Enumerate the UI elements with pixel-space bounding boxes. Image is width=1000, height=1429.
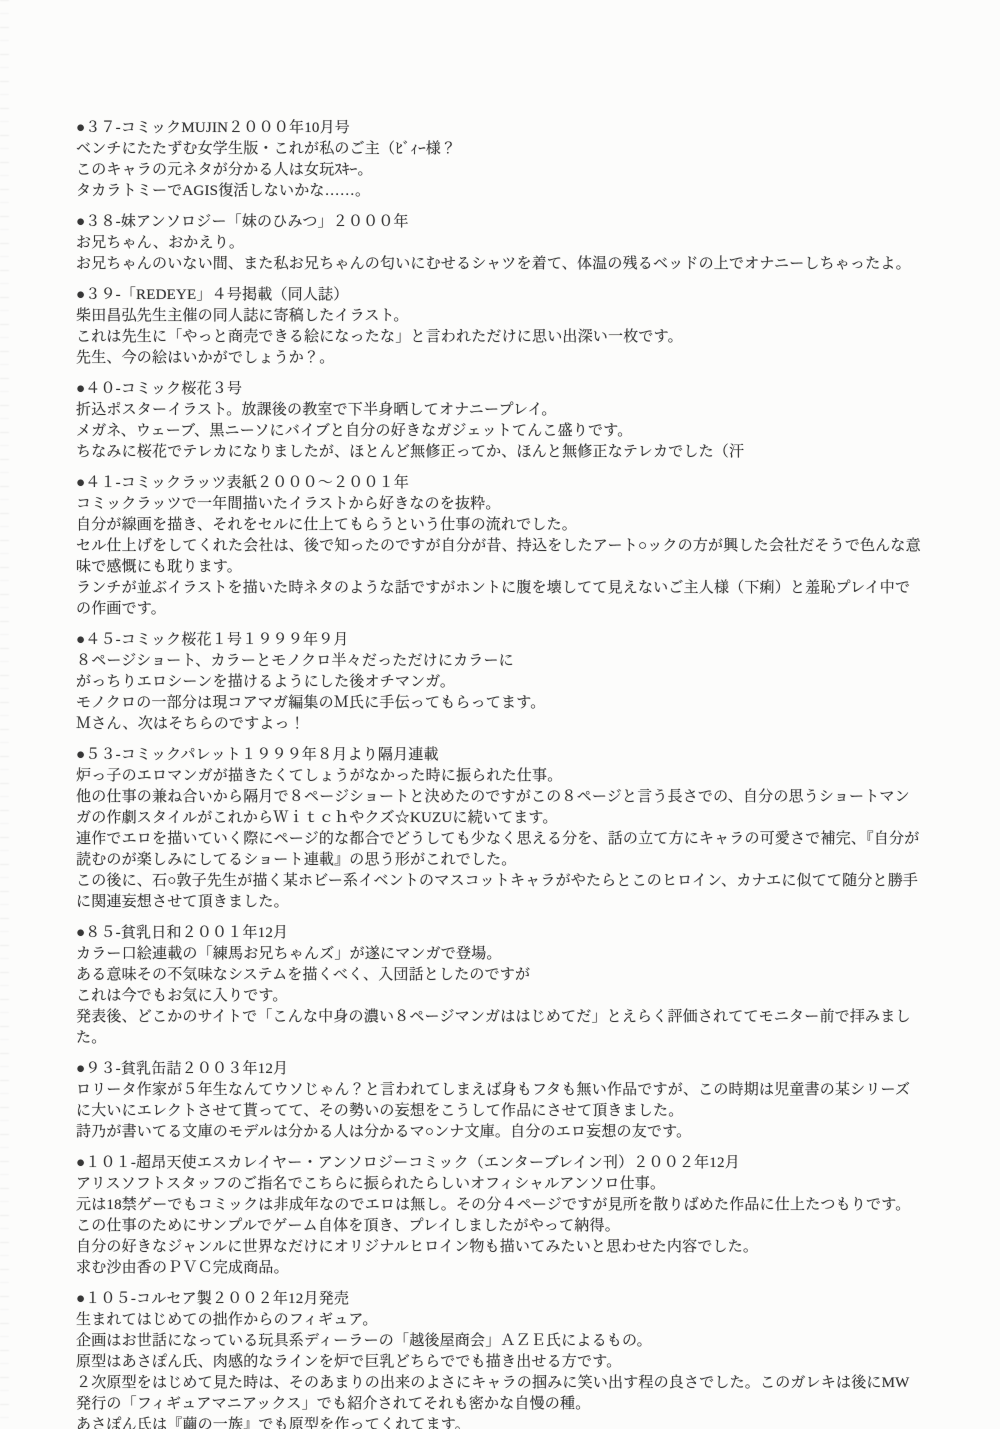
entry-line: 生まれてはじめての拙作からのフィギュア。 xyxy=(76,1310,924,1331)
entry-line: Ｍさん、次はそちらのですよっ！ xyxy=(76,714,924,735)
commentary-list: ●３７-コミックMUJIN２０００年10月号 ベンチにたたずむ女学生版・これが私… xyxy=(76,118,924,1429)
entry-line: ある意味その不気味なシステムを描くべく、入団話としたのですが xyxy=(76,965,924,986)
entry-line: ベンチにたたずむ女学生版・これが私のご主（ﾋﾞｨｰ様？ xyxy=(76,139,924,160)
entry-line: メガネ、ウェーブ、黒ニーソにバイブと自分の好きなガジェットてんこ盛りです。 xyxy=(76,421,924,442)
catalog-entry: ●９３-貧乳缶詰２００３年12月 ロリータ作家が５年生なんてウソじゃん？と言われ… xyxy=(76,1059,924,1143)
entry-line: これは今でもお気に入りです。 xyxy=(76,986,924,1007)
entry-title: ●９３-貧乳缶詰２００３年12月 xyxy=(76,1059,924,1080)
entry-line: これは先生に「やっと商売できる絵になったな」と言われただけに思い出深い一枚です。 xyxy=(76,327,924,348)
entry-line: ロリータ作家が５年生なんてウソじゃん？と言われてしまえば身もフタも無い作品ですが… xyxy=(76,1080,924,1122)
entry-line: がっちりエロシーンを描けるようにした後オチマンガ。 xyxy=(76,672,924,693)
entry-line: 自分が線画を描き、それをセルに仕上てもらうという仕事の流れでした。 xyxy=(76,515,924,536)
entry-line: 先生、今の絵はいかがでしょうか？。 xyxy=(76,348,924,369)
catalog-entry: ●４１-コミックラッツ表紙２０００～２００１年 コミックラッツで一年間描いたイラ… xyxy=(76,473,924,620)
entry-line: この仕事のためにサンプルでゲーム自体を頂き、プレイしましたがやって納得。 xyxy=(76,1216,924,1237)
entry-line: 元は18禁ゲーでもコミックは非成年なのでエロは無し。その分４ページですが見所を散… xyxy=(76,1195,924,1216)
entry-line: タカラトミーでAGIS復活しないかな……。 xyxy=(76,181,924,202)
catalog-entry: ●４５-コミック桜花１号１９９９年９月 ８ページショート、カラーとモノクロ半々だ… xyxy=(76,630,924,735)
entry-title: ●３９-「REDEYE」４号掲載（同人誌） xyxy=(76,285,924,306)
entry-line: この後に、石○敦子先生が描く某ホビー系イベントのマスコットキャラがやたらとこのヒ… xyxy=(76,871,924,913)
entry-line: セル仕上げをしてくれた会社は、後で知ったのですが自分が昔、持込をしたアート○ック… xyxy=(76,536,924,578)
entry-line: カラー口絵連載の「練馬お兄ちゃんズ」が遂にマンガで登場。 xyxy=(76,944,924,965)
entry-line: アリスソフトスタッフのご指名でこちらに振られたらしいオフィシャルアンソロ仕事。 xyxy=(76,1174,924,1195)
catalog-entry: ●３９-「REDEYE」４号掲載（同人誌） 柴田昌弘先生主催の同人誌に寄稿したイ… xyxy=(76,285,924,369)
scan-noise-artifact xyxy=(0,0,9,1429)
entry-line: 折込ポスターイラスト。放課後の教室で下半身晒してオナニープレイ。 xyxy=(76,400,924,421)
catalog-entry: ●１０５-コルセア製２００２年12月発売 生まれてはじめての拙作からのフィギュア… xyxy=(76,1289,924,1429)
entry-line: 発表後、どこかのサイトで「こんな中身の濃い８ページマンガははじめてだ」とえらく評… xyxy=(76,1007,924,1049)
entry-title: ●４１-コミックラッツ表紙２０００～２００１年 xyxy=(76,473,924,494)
entry-line: ランチが並ぶイラストを描いた時ネタのような話ですがホントに腹を壊してて見えないご… xyxy=(76,578,924,620)
entry-title: ●５３-コミックパレット１９９９年８月より隔月連載 xyxy=(76,745,924,766)
entry-line: モノクロの一部分は現コアマガ編集のＭ氏に手伝ってもらってます。 xyxy=(76,693,924,714)
catalog-entry: ●３７-コミックMUJIN２０００年10月号 ベンチにたたずむ女学生版・これが私… xyxy=(76,118,924,202)
catalog-entry: ●４０-コミック桜花３号 折込ポスターイラスト。放課後の教室で下半身晒してオナニ… xyxy=(76,379,924,463)
entry-line: お兄ちゃん、おかえり。 xyxy=(76,233,924,254)
catalog-entry: ●１０１-超昂天使エスカレイヤー・アンソロジーコミック（エンターブレイン刊）２０… xyxy=(76,1153,924,1279)
catalog-entry: ●８５-貧乳日和２００１年12月 カラー口絵連載の「練馬お兄ちゃんズ」が遂にマン… xyxy=(76,923,924,1049)
scanned-page: ●３７-コミックMUJIN２０００年10月号 ベンチにたたずむ女学生版・これが私… xyxy=(0,0,1000,1429)
entry-line: ちなみに桜花でテレカになりましたが、ほとんど無修正ってか、ほんと無修正なテレカで… xyxy=(76,442,924,463)
entry-line: 自分の好きなジャンルに世界なだけにオリジナルヒロイン物も描いてみたいと思わせた内… xyxy=(76,1237,924,1258)
entry-title: ●８５-貧乳日和２００１年12月 xyxy=(76,923,924,944)
entry-line: 連作でエロを描いていく際にページ的な都合でどうしても少なく思える分を、話の立て方… xyxy=(76,829,924,871)
entry-title: ●１０５-コルセア製２００２年12月発売 xyxy=(76,1289,924,1310)
entry-line: 企画はお世話になっている玩具系ディーラーの「越後屋商会」ＡＺＥ氏によるもの。 xyxy=(76,1331,924,1352)
entry-line: 詩乃が書いてる文庫のモデルは分かる人は分かるマ○ンナ文庫。自分のエロ妄想の友です… xyxy=(76,1122,924,1143)
catalog-entry: ●５３-コミックパレット１９９９年８月より隔月連載 炉っ子のエロマンガが描きたく… xyxy=(76,745,924,913)
entry-line: 炉っ子のエロマンガが描きたくてしょうがなかった時に振られた仕事。 xyxy=(76,766,924,787)
entry-title: ●３８-妹アンソロジー「妹のひみつ」２０００年 xyxy=(76,212,924,233)
entry-line: ８ページショート、カラーとモノクロ半々だっただけにカラーに xyxy=(76,651,924,672)
catalog-entry: ●３８-妹アンソロジー「妹のひみつ」２０００年 お兄ちゃん、おかえり。お兄ちゃん… xyxy=(76,212,924,275)
entry-line: コミックラッツで一年間描いたイラストから好きなのを抜粋。 xyxy=(76,494,924,515)
entry-line: このキャラの元ネタが分かる人は女玩ｽｷｰ。 xyxy=(76,160,924,181)
entry-title: ●１０１-超昂天使エスカレイヤー・アンソロジーコミック（エンターブレイン刊）２０… xyxy=(76,1153,924,1174)
entry-title: ●４５-コミック桜花１号１９９９年９月 xyxy=(76,630,924,651)
entry-title: ●３７-コミックMUJIN２０００年10月号 xyxy=(76,118,924,139)
entry-title: ●４０-コミック桜花３号 xyxy=(76,379,924,400)
entry-line: 柴田昌弘先生主催の同人誌に寄稿したイラスト。 xyxy=(76,306,924,327)
entry-line: お兄ちゃんのいない間、また私お兄ちゃんの匂いにむせるシャツを着て、体温の残るベッ… xyxy=(76,254,924,275)
entry-line: あさぽん氏は『繭の一族』でも原型を作ってくれてます。 xyxy=(76,1415,924,1429)
entry-line: ２次原型をはじめて見た時は、そのあまりの出来のよさにキャラの掴みに笑い出す程の良… xyxy=(76,1373,924,1415)
entry-line: 求む沙由香のＰＶＣ完成商品。 xyxy=(76,1258,924,1279)
entry-line: 原型はあさぽん氏、肉感的なラインを炉で巨乳どちらででも描き出せる方です。 xyxy=(76,1352,924,1373)
entry-line: 他の仕事の兼ね合いから隔月で８ページショートと決めたのですがこの８ページと言う長… xyxy=(76,787,924,829)
